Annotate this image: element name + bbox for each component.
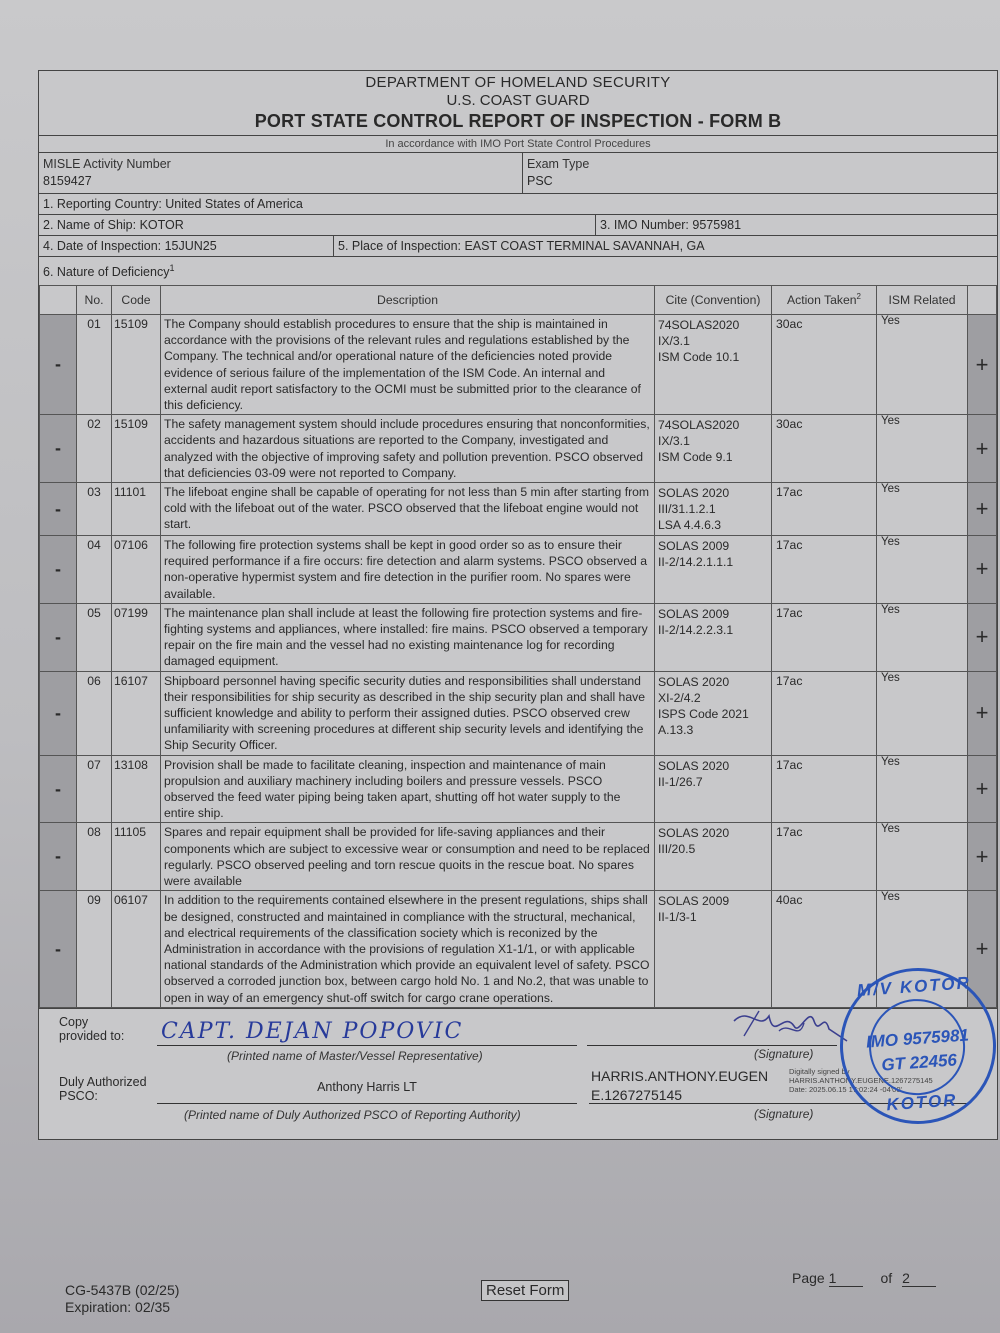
collapse-row-button[interactable]: - (40, 671, 77, 755)
ship-row: 2. Name of Ship: KOTOR 3. IMO Number: 95… (39, 215, 997, 236)
expand-row-button[interactable]: + (968, 483, 997, 536)
expand-row-button[interactable]: + (968, 603, 997, 671)
deficiency-code[interactable]: 07106 (112, 536, 161, 604)
row-number: 05 (77, 603, 112, 671)
collapse-row-button[interactable]: - (40, 415, 77, 483)
deficiency-description[interactable]: Provision shall be made to facilitate cl… (161, 755, 655, 823)
row-number: 03 (77, 483, 112, 536)
date-of-inspection-field[interactable]: 4. Date of Inspection: 15JUN25 (39, 236, 333, 256)
ism-related[interactable]: Yes (877, 415, 968, 483)
header-no: No. (77, 286, 112, 315)
deficiency-cite[interactable]: SOLAS 2020 III/20.5 (655, 823, 772, 891)
collapse-row-button[interactable]: - (40, 536, 77, 604)
header-action-text: Action Taken (787, 294, 857, 308)
misle-activity-field[interactable]: MISLE Activity Number 8159427 (39, 153, 522, 193)
misle-row: MISLE Activity Number 8159427 Exam Type … (39, 153, 997, 194)
collapse-row-button[interactable]: - (40, 315, 77, 415)
inspection-row: 4. Date of Inspection: 15JUN25 5. Place … (39, 236, 997, 257)
table-row: -0311101The lifeboat engine shall be cap… (40, 483, 997, 536)
deficiency-description[interactable]: The lifeboat engine shall be capable of … (161, 483, 655, 536)
deficiency-description[interactable]: The Company should establish procedures … (161, 315, 655, 415)
page-total-field[interactable]: 2 (902, 1270, 936, 1287)
misle-label: MISLE Activity Number (43, 156, 518, 173)
ism-related[interactable]: Yes (877, 536, 968, 604)
deficiency-code[interactable]: 07199 (112, 603, 161, 671)
deficiency-cite[interactable]: 74SOLAS2020 IX/3.1 ISM Code 9.1 (655, 415, 772, 483)
header-blank-right (968, 286, 997, 315)
ship-name-field[interactable]: 2. Name of Ship: KOTOR (39, 215, 595, 235)
department-name: DEPARTMENT OF HOMELAND SECURITY (39, 74, 997, 91)
deficiency-code[interactable]: 13108 (112, 755, 161, 823)
deficiency-description[interactable]: In addition to the requirements containe… (161, 891, 655, 1007)
page-label: Page (792, 1270, 825, 1286)
deficiency-table: No. Code Description Cite (Convention) A… (39, 285, 997, 1008)
reporting-country-field[interactable]: 1. Reporting Country: United States of A… (39, 194, 997, 214)
collapse-row-button[interactable]: - (40, 755, 77, 823)
row-number: 07 (77, 755, 112, 823)
table-row: -0407106The following fire protection sy… (40, 536, 997, 604)
expand-row-button[interactable]: + (968, 315, 997, 415)
row-number: 02 (77, 415, 112, 483)
deficiency-description[interactable]: Shipboard personnel having specific secu… (161, 671, 655, 755)
expand-row-button[interactable]: + (968, 755, 997, 823)
master-name-caption: (Printed name of Master/Vessel Represent… (227, 1049, 483, 1063)
page-of-label: of (880, 1270, 892, 1286)
expand-row-button[interactable]: + (968, 415, 997, 483)
deficiency-cite[interactable]: SOLAS 2009 II-2/14.2.1.1.1 (655, 536, 772, 604)
deficiency-cite[interactable]: SOLAS 2009 II-2/14.2.2.3.1 (655, 603, 772, 671)
action-taken[interactable]: 30ac (772, 415, 877, 483)
master-name-handwritten: CAPT. DEJAN POPOVIC (161, 1019, 463, 1044)
deficiency-code[interactable]: 11101 (112, 483, 161, 536)
collapse-row-button[interactable]: - (40, 603, 77, 671)
row-number: 06 (77, 671, 112, 755)
form-expiration: Expiration: 02/35 (65, 1299, 170, 1315)
ism-related[interactable]: Yes (877, 315, 968, 415)
table-row: -0811105Spares and repair equipment shal… (40, 823, 997, 891)
deficiency-description[interactable]: The maintenance plan shall include at le… (161, 603, 655, 671)
form-header: DEPARTMENT OF HOMELAND SECURITY U.S. COA… (39, 71, 997, 136)
table-row: -0115109The Company should establish pro… (40, 315, 997, 415)
header-description: Description (161, 286, 655, 315)
header-cite: Cite (Convention) (655, 286, 772, 315)
exam-type-value: PSC (527, 173, 993, 190)
row-number: 09 (77, 891, 112, 1007)
deficiency-cite[interactable]: 74SOLAS2020 IX/3.1 ISM Code 10.1 (655, 315, 772, 415)
psco-name: Anthony Harris LT (317, 1080, 417, 1094)
table-row: -0215109The safety management system sho… (40, 415, 997, 483)
deficiency-cite[interactable]: SOLAS 2020 XI-2/4.2 ISPS Code 2021 A.13.… (655, 671, 772, 755)
form-number: CG-5437B (02/25) (65, 1282, 179, 1298)
action-taken[interactable]: 17ac (772, 671, 877, 755)
table-row: -0616107Shipboard personnel having speci… (40, 671, 997, 755)
header-ism: ISM Related (877, 286, 968, 315)
footnote-2: 2 (857, 292, 861, 301)
deficiency-cite[interactable]: SOLAS 2020 II-1/26.7 (655, 755, 772, 823)
vessel-stamp: M/V KOTOR IMO 9575981 GT 22456 KOTOR (835, 963, 1000, 1130)
copy-provided-label: Copy provided to: (59, 1015, 124, 1043)
misle-value: 8159427 (43, 173, 518, 190)
agency-name: U.S. COAST GUARD (39, 92, 997, 109)
row-number: 08 (77, 823, 112, 891)
table-row: -0507199The maintenance plan shall inclu… (40, 603, 997, 671)
action-taken[interactable]: 17ac (772, 823, 877, 891)
deficiency-code[interactable]: 16107 (112, 671, 161, 755)
deficiency-code[interactable]: 15109 (112, 315, 161, 415)
deficiency-description[interactable]: The following fire protection systems sh… (161, 536, 655, 604)
action-taken[interactable]: 17ac (772, 483, 877, 536)
reset-form-button[interactable]: Reset Form (481, 1280, 569, 1301)
collapse-row-button[interactable]: - (40, 891, 77, 1007)
table-header-row: No. Code Description Cite (Convention) A… (40, 286, 997, 315)
deficiency-description[interactable]: The safety management system should incl… (161, 415, 655, 483)
psco-name-field[interactable]: Anthony Harris LT (157, 1075, 577, 1104)
collapse-row-button[interactable]: - (40, 483, 77, 536)
page-indicator: Page 1 of 2 (792, 1270, 936, 1287)
expand-row-button[interactable]: + (968, 823, 997, 891)
action-taken[interactable]: 17ac (772, 603, 877, 671)
footnote-1: 1 (169, 263, 174, 273)
action-taken[interactable]: 17ac (772, 755, 877, 823)
reporting-country-row: 1. Reporting Country: United States of A… (39, 194, 997, 215)
expand-row-button[interactable]: + (968, 536, 997, 604)
exam-type-field[interactable]: Exam Type PSC (522, 153, 997, 193)
master-signature-scribble (729, 1001, 849, 1051)
nature-row: 6. Nature of Deficiency1 (39, 257, 997, 285)
header-code: Code (112, 286, 161, 315)
inspection-form: DEPARTMENT OF HOMELAND SECURITY U.S. COA… (38, 70, 998, 1140)
signature-caption-1: (Signature) (754, 1047, 813, 1061)
form-subtitle: In accordance with IMO Port State Contro… (39, 136, 997, 153)
deficiency-description[interactable]: Spares and repair equipment shall be pro… (161, 823, 655, 891)
table-row: -0713108Provision shall be made to facil… (40, 755, 997, 823)
digital-signer-name: HARRIS.ANTHONY.EUGEN E.1267275145 (591, 1067, 768, 1105)
place-of-inspection-field[interactable]: 5. Place of Inspection: EAST COAST TERMI… (333, 236, 997, 256)
ism-related[interactable]: Yes (877, 483, 968, 536)
action-taken[interactable]: 17ac (772, 536, 877, 604)
deficiency-rows: -0115109The Company should establish pro… (40, 315, 997, 1008)
ism-related[interactable]: Yes (877, 755, 968, 823)
signature-caption-2: (Signature) (754, 1107, 813, 1121)
exam-type-label: Exam Type (527, 156, 993, 173)
action-taken[interactable]: 30ac (772, 315, 877, 415)
nature-of-deficiency-label: 6. Nature of Deficiency1 (39, 260, 178, 282)
deficiency-cite[interactable]: SOLAS 2009 II-1/3-1 (655, 891, 772, 1007)
row-number: 04 (77, 536, 112, 604)
psco-caption: (Printed name of Duly Authorized PSCO of… (184, 1108, 521, 1122)
page-current-field[interactable]: 1 (829, 1270, 863, 1287)
deficiency-code[interactable]: 15109 (112, 415, 161, 483)
ism-related[interactable]: Yes (877, 823, 968, 891)
form-title: PORT STATE CONTROL REPORT OF INSPECTION … (39, 111, 997, 132)
collapse-row-button[interactable]: - (40, 823, 77, 891)
psco-label: Duly Authorized PSCO: (59, 1075, 147, 1103)
deficiency-code[interactable]: 06107 (112, 891, 161, 1007)
deficiency-cite[interactable]: SOLAS 2020 III/31.1.2.1 LSA 4.4.6.3 (655, 483, 772, 536)
nature-label-text: 6. Nature of Deficiency (43, 265, 169, 279)
imo-number-field[interactable]: 3. IMO Number: 9575981 (595, 215, 997, 235)
master-name-field[interactable]: CAPT. DEJAN POPOVIC (157, 1019, 577, 1046)
expand-row-button[interactable]: + (968, 671, 997, 755)
ism-related[interactable]: Yes (877, 603, 968, 671)
header-blank (40, 286, 77, 315)
row-number: 01 (77, 315, 112, 415)
header-action: Action Taken2 (772, 286, 877, 315)
header-cite-text: Cite (Convention) (666, 293, 761, 307)
deficiency-code[interactable]: 11105 (112, 823, 161, 891)
ism-related[interactable]: Yes (877, 671, 968, 755)
